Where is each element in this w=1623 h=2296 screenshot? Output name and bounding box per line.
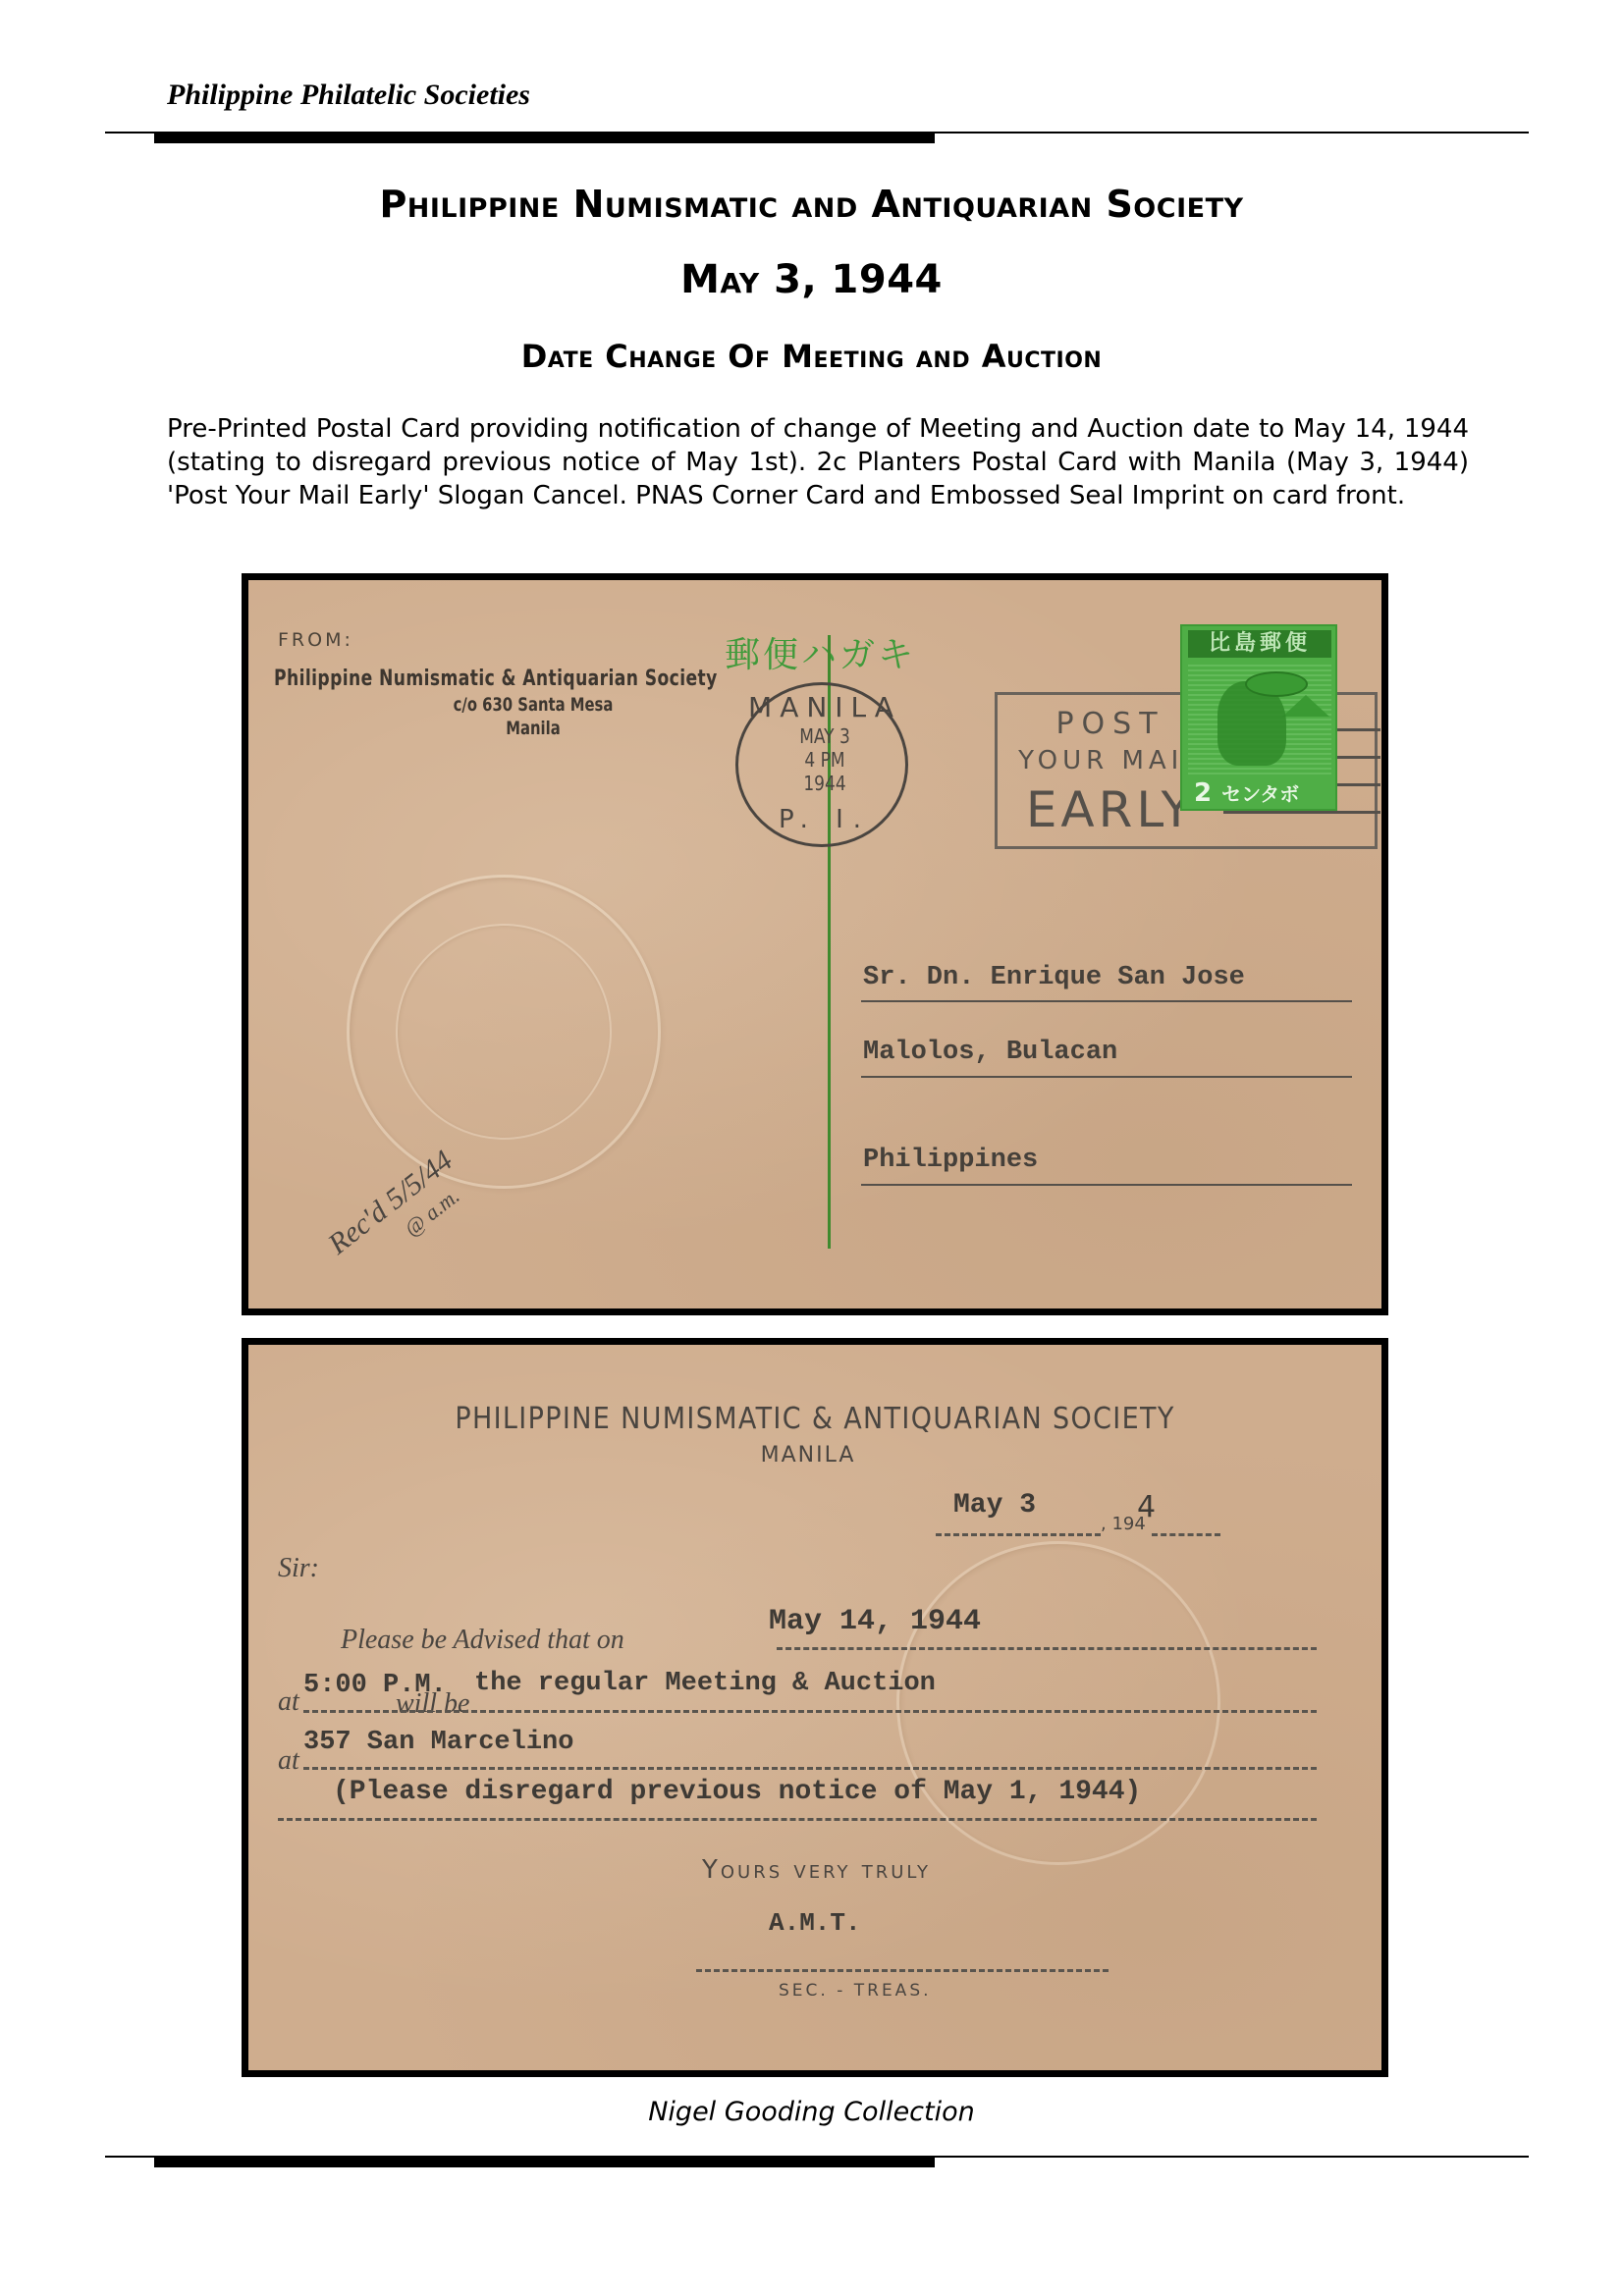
sender-address-1: c/o 630 Santa Mesa — [388, 694, 678, 716]
stamp-value: 2センタボ — [1188, 779, 1331, 807]
sender-name: Philippine Numismatic & Antiquarian Soci… — [274, 667, 718, 691]
cancel-bar — [1223, 811, 1380, 814]
date-field-rule — [777, 1647, 1317, 1650]
postmark-region: P. I. — [738, 805, 911, 834]
venue-field-rule — [303, 1767, 1317, 1770]
advised-label: Please be Advised that on — [341, 1625, 624, 1656]
header-rule-thick — [154, 133, 935, 143]
will-be-label: will be — [396, 1688, 469, 1720]
postmark-year: 1944 — [751, 772, 898, 795]
event-value: the regular Meeting & Auction — [474, 1669, 936, 1698]
postmark-time: 4 PM — [751, 748, 898, 772]
stamp-value-text: センタボ — [1221, 782, 1299, 806]
planter-stamp-icon: 比島郵便 2センタボ — [1180, 624, 1337, 811]
closing: Yours very truly — [702, 1855, 931, 1885]
address-rule — [861, 1184, 1352, 1186]
date-rule — [936, 1533, 1101, 1536]
disregard-note: (Please disregard previous notice of May… — [333, 1777, 1141, 1807]
address-rule — [861, 1076, 1352, 1078]
from-label: FROM: — [278, 629, 353, 651]
embossed-seal-inner-ring — [396, 924, 612, 1140]
postmark-city: MANILA — [738, 691, 911, 723]
postmark-icon: MANILA MAY 3 4 PM 1944 P. I. — [735, 682, 908, 847]
letter-year-digit: 4 — [1137, 1490, 1156, 1524]
postal-card-back: PHILIPPINE NUMISMATIC & ANTIQUARIAN SOCI… — [242, 1338, 1388, 2077]
page-subtitle: Date Change Of Meeting and Auction — [0, 338, 1623, 375]
stamp-scene — [1188, 662, 1331, 777]
page-title: Philippine Numismatic and Antiquarian So… — [0, 183, 1623, 226]
signature-rule — [696, 1969, 1109, 1972]
event-field-rule — [303, 1710, 1317, 1713]
hat-icon — [1245, 671, 1308, 697]
postmark-date: MAY 3 — [751, 724, 898, 748]
signatory-role: SEC. - TREAS. — [779, 1981, 932, 2001]
venue-value: 357 San Marcelino — [303, 1728, 573, 1757]
mountain-icon — [1282, 695, 1329, 717]
sender-address-2: Manila — [388, 718, 678, 739]
postal-card-front: FROM: Philippine Numismatic & Antiquaria… — [242, 573, 1388, 1315]
collection-caption: Nigel Gooding Collection — [0, 2097, 1623, 2127]
at-label: at — [278, 1686, 299, 1718]
page-date: May 3, 1944 — [0, 257, 1623, 302]
signature: A.M.T. — [769, 1908, 861, 1938]
salutation: Sir: — [278, 1553, 319, 1584]
note-field-rule — [278, 1818, 1317, 1821]
recipient-line-2: Malolos, Bulacan — [863, 1038, 1117, 1067]
letter-date: May 3 — [953, 1490, 1036, 1521]
address-rule — [861, 1000, 1352, 1002]
stamp-value-number: 2 — [1194, 778, 1212, 808]
recipient-line-1: Sr. Dn. Enrique San Jose — [863, 963, 1245, 992]
footer-rule-thick — [154, 2158, 935, 2167]
running-head: Philippine Philatelic Societies — [167, 79, 530, 112]
year-rule — [1152, 1533, 1220, 1536]
description-paragraph: Pre-Printed Postal Card providing notifi… — [167, 412, 1469, 512]
meeting-date-value: May 14, 1944 — [769, 1605, 981, 1638]
stamp-country-text: 比島郵便 — [1188, 630, 1331, 658]
japanese-postcard-header: 郵便ハガキ — [725, 627, 916, 677]
embossed-seal-icon — [896, 1541, 1220, 1865]
card-org-heading: PHILIPPINE NUMISMATIC & ANTIQUARIAN SOCI… — [350, 1402, 1281, 1436]
recipient-line-3: Philippines — [863, 1146, 1038, 1175]
card-city-heading: MANILA — [248, 1443, 1368, 1468]
at-label-2: at — [278, 1745, 299, 1777]
